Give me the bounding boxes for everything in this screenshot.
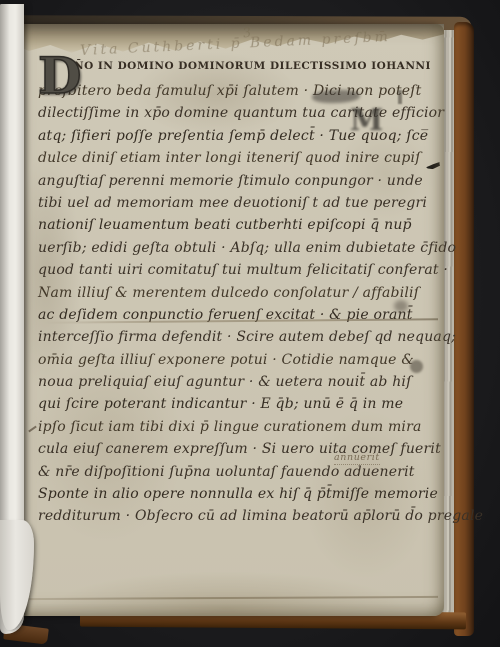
text-line: Sponte in alio opere nonnulla ex hiſ q̄ … bbox=[38, 483, 440, 505]
text-line: redditurum · Obſecro cū ad limina beator… bbox=[38, 505, 440, 527]
stain-spot bbox=[410, 360, 423, 373]
stain-spot bbox=[394, 300, 408, 312]
offset-ink-blot: M bbox=[350, 104, 390, 140]
text-line: om̄ia geſta illiuſ exponere potui · Coti… bbox=[38, 349, 440, 371]
text-line: ipſo ſicut iam tibi dixi p̄ lingue curat… bbox=[38, 416, 440, 438]
margin-pen-mark bbox=[28, 426, 37, 433]
book-cover-right-edge bbox=[454, 22, 474, 636]
text-line: anguſtiaſ perenni memorie ſtimulo conpun… bbox=[38, 170, 440, 192]
parchment-crease bbox=[22, 596, 438, 600]
text-line: nationiſ leuamentum beati cutberhti epiſ… bbox=[38, 214, 440, 236]
text-line: dulce diniſ etiam inter longi iteneriſ q… bbox=[38, 147, 440, 169]
text-line: qui ſcire poterant indicantur · E q̄b; u… bbox=[38, 393, 440, 415]
ink-blot-tick bbox=[398, 90, 402, 104]
text-line: tibi uel ad memoriam mee deuotioniſ t ad… bbox=[38, 192, 440, 214]
interlinear-gloss: annuerit bbox=[334, 452, 380, 465]
opening-line-capitals: N̄O IN DOMINO DOMINORUM DILECTISSIMO IOH… bbox=[74, 54, 440, 80]
decorated-initial: D bbox=[38, 52, 81, 100]
manuscript-photograph: Vita Cuthberti p̄ Bedam preſbm̄ 3 D N̄O … bbox=[0, 0, 500, 647]
text-line: noua preliquiaſ eiuſ aguntur · & uetera … bbox=[38, 371, 440, 393]
text-line: interceſſio firma defendit · Scire autem… bbox=[38, 326, 440, 348]
text-line: quod tanti uiri comitatuſ tui multum fel… bbox=[38, 259, 440, 281]
text-line: uerſib; edidi geſta obtuli · Abſq; ulla … bbox=[38, 237, 440, 259]
text-line: Nam illiuſ & merentem dulcedo conſolatur… bbox=[38, 282, 440, 304]
text-line: preſbitero beda famuluſ xp̄i ſalutem · D… bbox=[38, 80, 440, 102]
parchment-page: Vita Cuthberti p̄ Bedam preſbm̄ 3 D N̄O … bbox=[16, 24, 444, 616]
